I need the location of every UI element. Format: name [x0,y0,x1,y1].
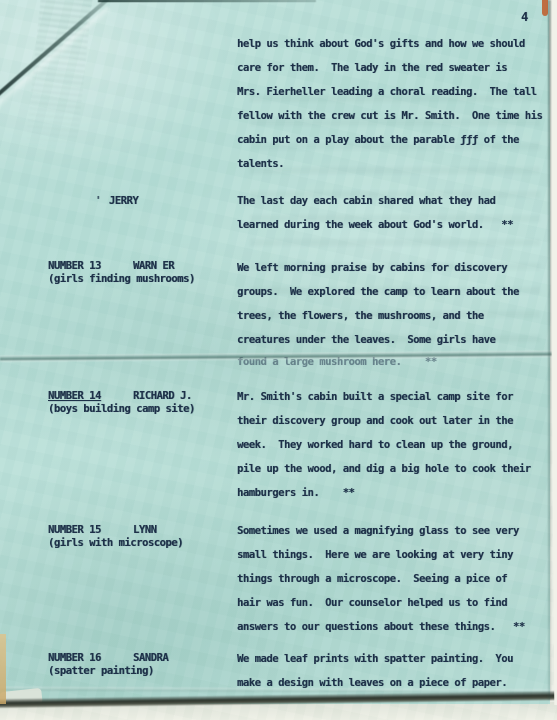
paragraph-14: Mr. Smith's cabin built a special camp s… [237,385,549,505]
label-caption-15: (girls with microscope) [48,537,248,550]
label-caption-13: (girls finding mushrooms) [48,273,248,286]
label-number-13: NUMBER 13 WARN ER (girls finding mushroo… [48,260,248,286]
label-name-14: RICHARD J. [133,390,192,403]
label-number-text-16: NUMBER 16 [48,652,133,665]
left-edge-discoloration [0,634,6,704]
label-caption-14: (boys building camp site) [48,403,248,416]
label-number-15: NUMBER 15 LYNN (girls with microscope) [48,524,248,550]
label-heading-15: NUMBER 15 LYNN [48,524,248,537]
label-number-14: NUMBER 14 RICHARD J. (boys building camp… [48,390,248,416]
label-number-16: NUMBER 16 SANDRA (spatter painting) [48,652,248,678]
label-number-text-15: NUMBER 15 [48,524,133,537]
label-name-13: WARN ER [133,260,174,273]
tick-mark: ' [95,195,101,207]
paragraph-jerry: The last day each cabin shared what they… [237,189,549,237]
top-edge-shadow [98,0,316,2]
scanned-page: 4 help us think about God's gifts and ho… [0,0,557,720]
label-caption-16: (spatter painting) [48,665,248,678]
label-number-text-14: NUMBER 14 [48,390,133,403]
page-right-edge-shadow [548,0,551,700]
paragraph-13: We left morning praise by cabins for dis… [237,256,549,352]
label-name-15: LYNN [133,524,157,537]
label-name-jerry: JERRY [109,195,138,207]
label-number-text-13: NUMBER 13 [48,260,133,273]
intro-paragraph: help us think about God's gifts and how … [237,32,549,176]
label-heading-13: NUMBER 13 WARN ER [48,260,248,273]
orange-corner-mark [542,0,548,16]
label-heading-14: NUMBER 14 RICHARD J. [48,390,248,403]
label-heading-16: NUMBER 16 SANDRA [48,652,248,665]
paragraph-15: Sometimes we used a magnifying glass to … [237,519,549,639]
page-number: 4 [521,10,528,24]
label-name-16: SANDRA [133,652,168,665]
